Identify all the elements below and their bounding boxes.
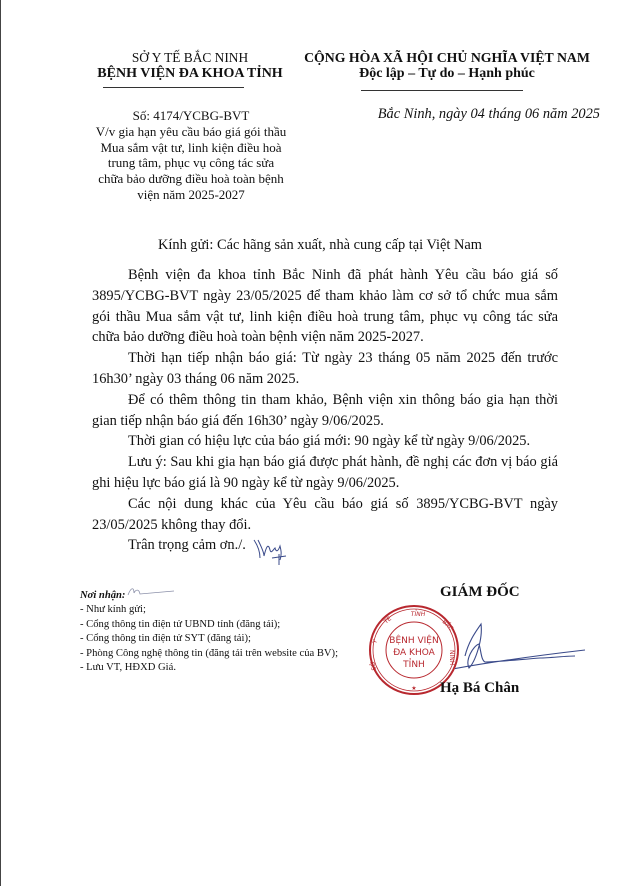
initial-signature-icon xyxy=(252,536,292,566)
svg-text:ĐA KHOA: ĐA KHOA xyxy=(393,648,435,658)
document-number: Số: 4174/YCBG-BVT xyxy=(72,108,310,124)
recipient-item: - Như kính gửi; xyxy=(80,603,380,617)
recipient-item: - Cổng thông tin điện tử SYT (đăng tải); xyxy=(80,632,380,646)
letter-body: Bệnh viện đa khoa tỉnh Bắc Ninh đã phát … xyxy=(92,265,558,556)
subject-line: chữa bảo dưỡng điều hoà toàn bệnh xyxy=(72,171,310,187)
svg-text:NINH: NINH xyxy=(448,650,455,665)
signer-position: GIÁM ĐỐC xyxy=(440,584,520,601)
recipients-block: Nơi nhận: - Như kính gửi; - Cổng thông t… xyxy=(80,589,380,675)
svg-text:Y: Y xyxy=(371,639,379,646)
subject-line: Mua sắm vật tư, linh kiện điều hoà xyxy=(72,140,310,156)
recipients-title: Nơi nhận: xyxy=(80,589,380,603)
subject-line: V/v gia hạn yêu cầu báo giá gói thầu xyxy=(72,124,310,140)
motto: Độc lập – Tự do – Hạnh phúc xyxy=(282,66,612,82)
director-signature-icon xyxy=(455,610,605,690)
place-date: Bắc Ninh, ngày 04 tháng 06 năm 2025 xyxy=(340,106,600,123)
signer-name: Hạ Bá Chân xyxy=(440,680,519,697)
svg-text:SỞ: SỞ xyxy=(368,660,377,671)
body-paragraph: Các nội dung khác của Yêu cầu báo giá số… xyxy=(92,494,558,536)
subject-line: trung tâm, phục vụ công tác sửa xyxy=(72,155,310,171)
recipient-item: - Phòng Công nghệ thông tin (đăng tải tr… xyxy=(80,647,380,661)
national-heading: CỘNG HÒA XÃ HỘI CHỦ NGHĨA VIỆT NAM Độc l… xyxy=(282,50,612,82)
subject-line: viện năm 2025-2027 xyxy=(72,187,310,203)
svg-text:BỆNH VIỆN: BỆNH VIỆN xyxy=(389,634,438,646)
body-paragraph: Để có thêm thông tin tham khảo, Bệnh việ… xyxy=(92,390,558,432)
body-paragraph: Bệnh viện đa khoa tỉnh Bắc Ninh đã phát … xyxy=(92,265,558,348)
body-paragraph: Lưu ý: Sau khi gia hạn báo giá được phát… xyxy=(92,452,558,494)
issuer-authority: SỞ Y TẾ BẮC NINH xyxy=(70,50,310,66)
svg-text:TỈNH: TỈNH xyxy=(402,658,425,670)
salutation: Kính gửi: Các hãng sản xuất, nhà cung cấ… xyxy=(80,237,560,254)
motto-underline xyxy=(361,90,523,91)
issuer-underline xyxy=(103,87,244,88)
country-name: CỘNG HÒA XÃ HỘI CHỦ NGHĨA VIỆT NAM xyxy=(282,50,612,66)
issuer-organization: BỆNH VIỆN ĐA KHOA TỈNH xyxy=(70,66,310,82)
svg-text:★: ★ xyxy=(411,685,416,692)
recipient-item: - Lưu VT, HĐXD Giá. xyxy=(80,661,380,675)
recipient-item: - Cổng thông tin điện tử UBND tỉnh (đăng… xyxy=(80,618,380,632)
page-edge xyxy=(0,0,1,886)
closing-line: Trân trọng cảm ơn./. xyxy=(92,535,558,556)
reference-block: Số: 4174/YCBG-BVT V/v gia hạn yêu cầu bá… xyxy=(72,108,310,203)
svg-text:TỈNH: TỈNH xyxy=(411,610,426,618)
recipients-initial-icon xyxy=(126,585,176,599)
issuer-block: SỞ Y TẾ BẮC NINH BỆNH VIỆN ĐA KHOA TỈNH xyxy=(70,50,310,82)
body-paragraph: Thời gian có hiệu lực của báo giá mới: 9… xyxy=(92,431,558,452)
body-paragraph: Thời hạn tiếp nhận báo giá: Từ ngày 23 t… xyxy=(92,348,558,390)
